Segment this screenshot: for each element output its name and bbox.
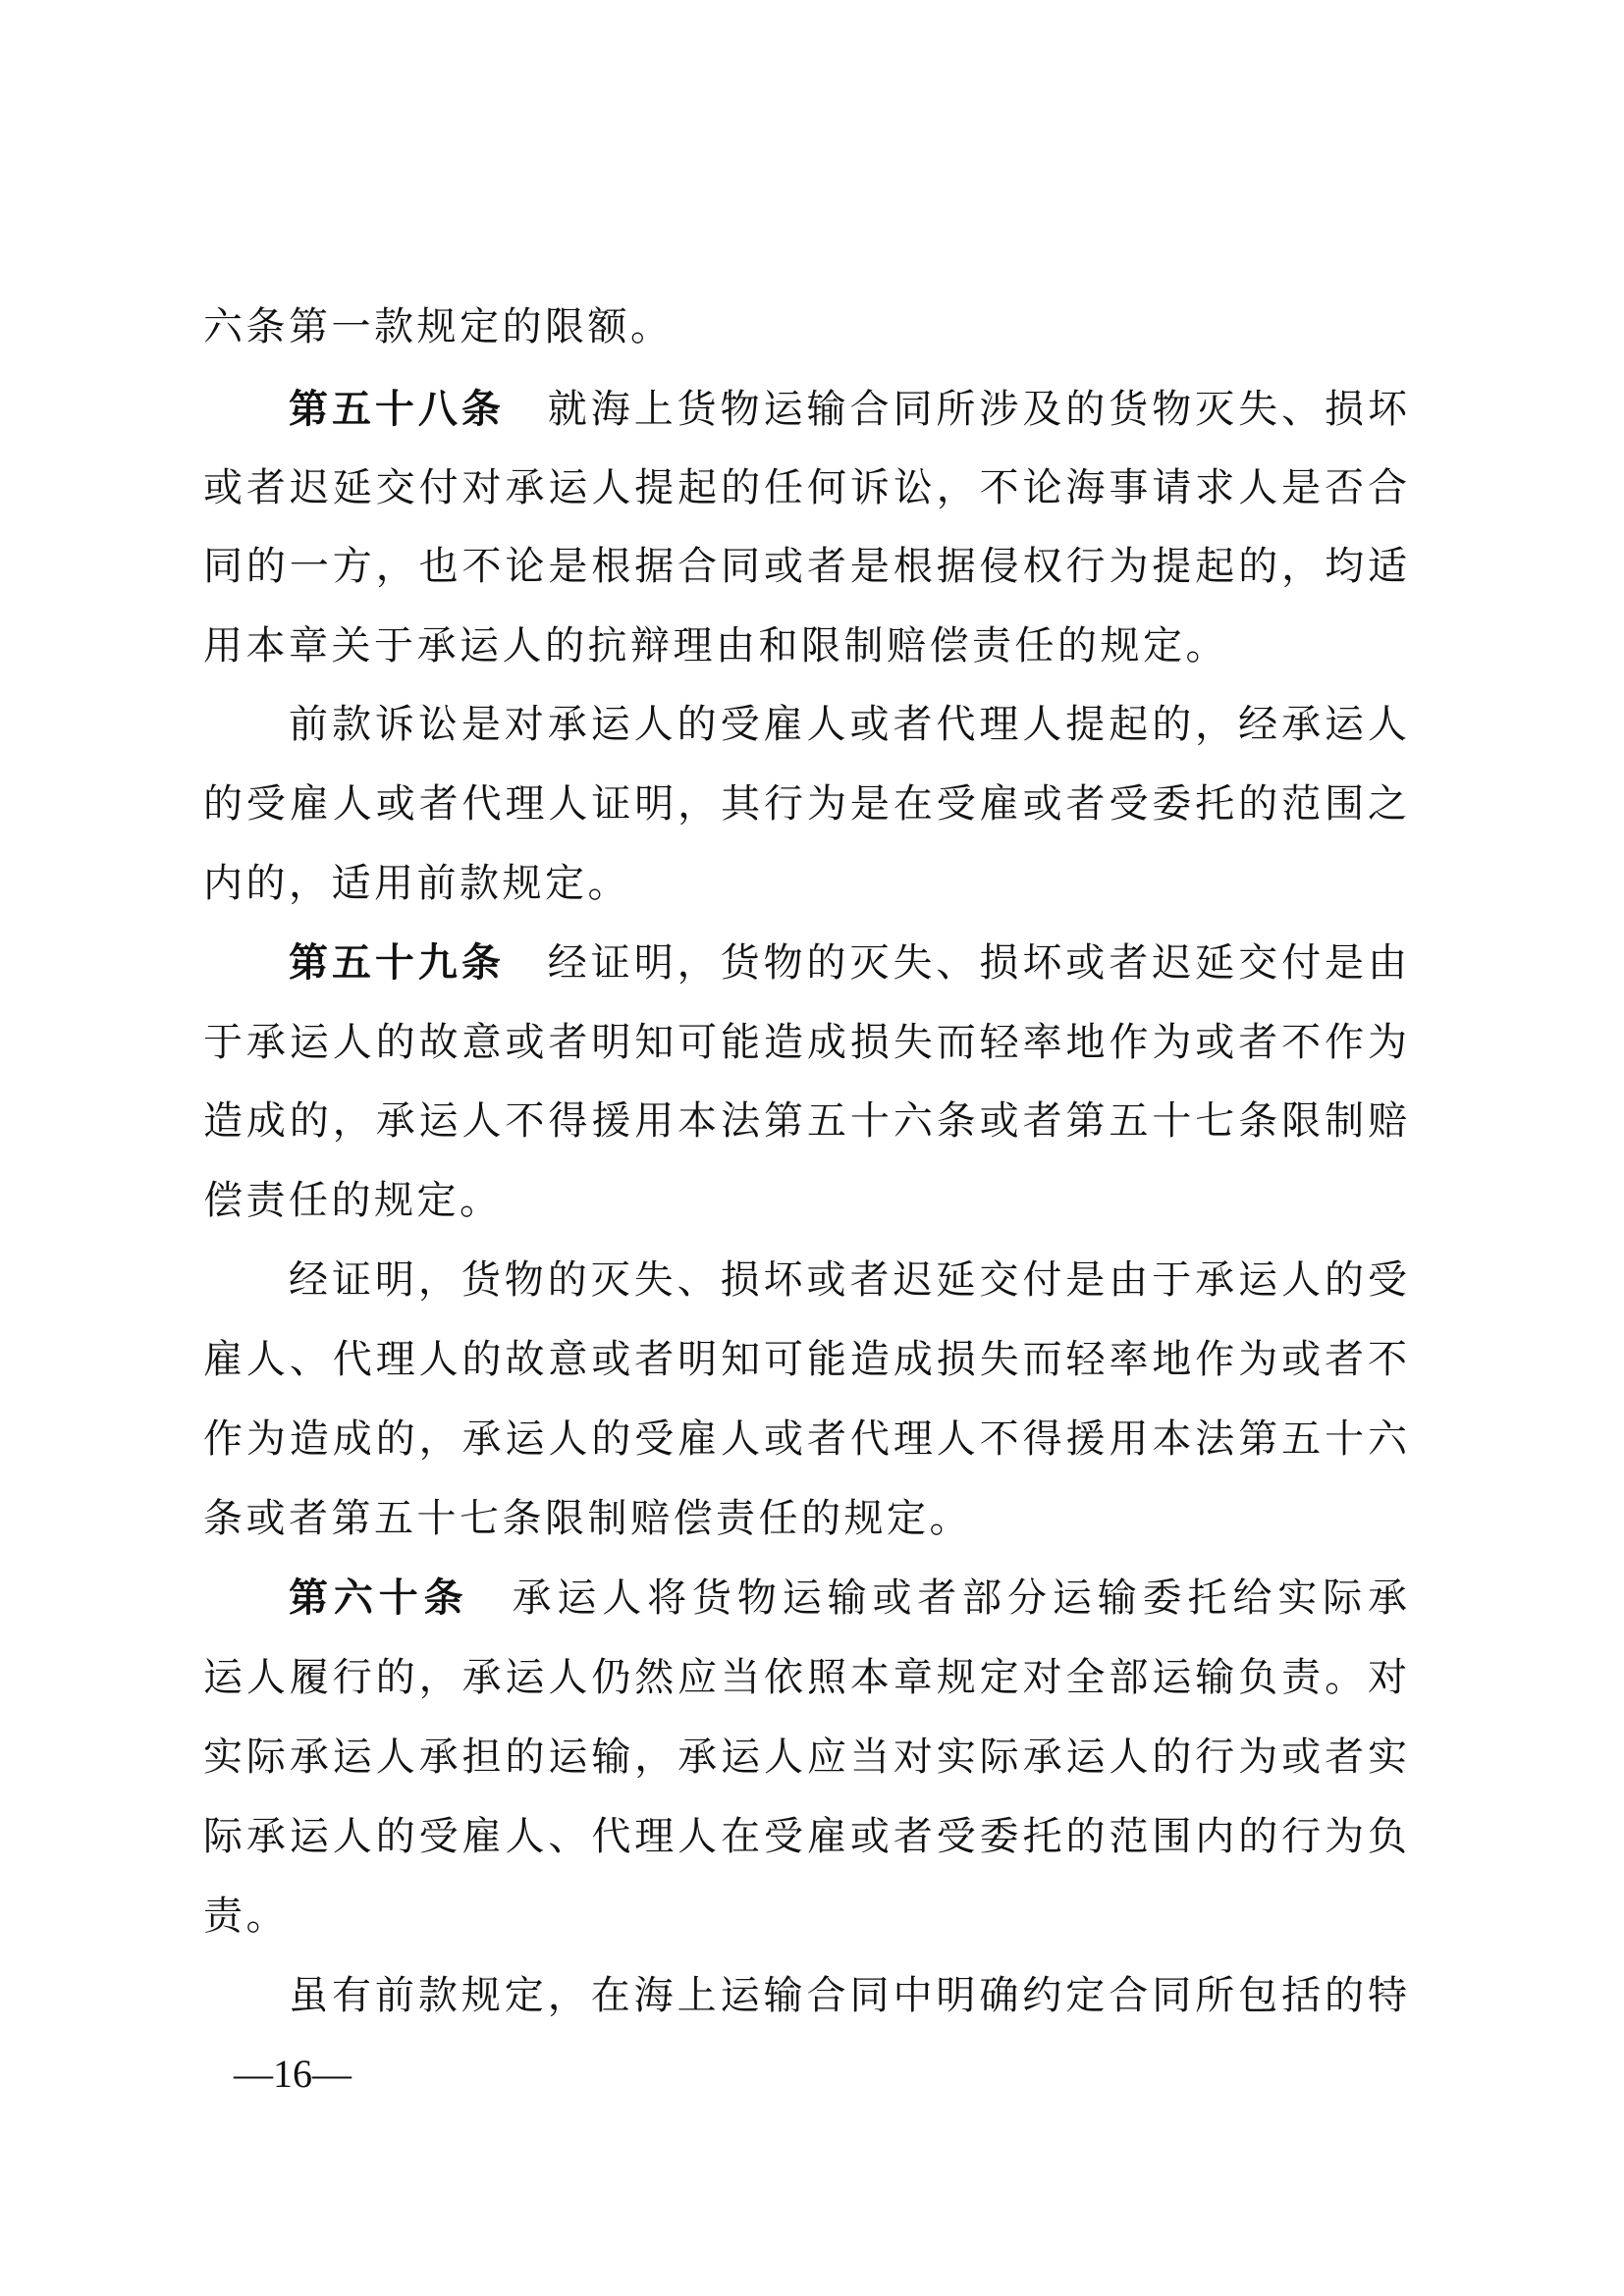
line-text: 内的，适用前款规定。: [203, 861, 630, 906]
line-text: 经证明，货物的灭失、损坏或者迟延交付是由: [548, 940, 1407, 986]
text-line: 于承运人的故意或者明知可能造成损失而轻率地作为或者不作为: [203, 1013, 1407, 1072]
line-text: 于承运人的故意或者明知可能造成损失而轻率地作为或者不作为: [203, 1020, 1407, 1065]
text-line: 偿责任的规定。: [203, 1171, 1407, 1230]
page-number: —16—: [234, 2050, 352, 2099]
text-line: 际承运人的受雇人、代理人在受雇或者受委托的范围内的行为负: [203, 1807, 1407, 1866]
line-text: 虽有前款规定，在海上运输合同中明确约定合同所包括的特: [289, 1973, 1407, 2018]
line-text: 运人履行的，承运人仍然应当依照本章规定对全部运输负责。对: [203, 1655, 1407, 1700]
line-text: 造成的，承运人不得援用本法第五十六条或者第五十七条限制赔: [203, 1098, 1407, 1144]
line-text: 或者迟延交付对承运人提起的任何诉讼，不论海事请求人是否合: [203, 465, 1407, 510]
text-line: 造成的，承运人不得援用本法第五十六条或者第五十七条限制赔: [203, 1092, 1407, 1150]
article-title: 第五十九条: [289, 940, 505, 986]
line-text: 雇人、代理人的故意或者明知可能造成损失而轻率地作为或者不: [203, 1337, 1407, 1382]
line-text: 条或者第五十七条限制赔偿责任的规定。: [203, 1496, 972, 1541]
line-text: 用本章关于承运人的抗辩理由和限制赔偿责任的规定。: [203, 623, 1228, 668]
article-59-heading-line: 第五十九条经证明，货物的灭失、损坏或者迟延交付是由: [289, 934, 1407, 992]
text-line: 运人履行的，承运人仍然应当依照本章规定对全部运输负责。对: [203, 1648, 1407, 1707]
line-text: 承运人将货物运输或者部分运输委托给实际承: [512, 1575, 1407, 1621]
text-line: 的受雇人或者代理人证明，其行为是在受雇或者受委托的范围之: [203, 774, 1407, 833]
line-text: 作为造成的，承运人的受雇人或者代理人不得援用本法第五十六: [203, 1416, 1407, 1462]
text-line: 责。: [203, 1887, 1407, 1946]
line-text: 的受雇人或者代理人证明，其行为是在受雇或者受委托的范围之: [203, 781, 1407, 827]
line-text: 前款诉讼是对承运人的受雇人或者代理人提起的，经承运人: [289, 702, 1407, 747]
text-line: 虽有前款规定，在海上运输合同中明确约定合同所包括的特: [289, 1966, 1407, 2025]
text-line: 六条第一款规定的限额。: [203, 297, 1407, 356]
line-text: 同的一方，也不论是根据合同或者是根据侵权行为提起的，均适: [203, 544, 1407, 589]
text-line: 经证明，货物的灭失、损坏或者迟延交付是由于承运人的受: [289, 1251, 1407, 1309]
line-text: 际承运人的受雇人、代理人在受雇或者受委托的范围内的行为负: [203, 1814, 1407, 1859]
document-page: 六条第一款规定的限额。 第五十八条就海上货物运输合同所涉及的货物灭失、损坏 或者…: [0, 0, 1624, 2296]
line-text: 经证明，货物的灭失、损坏或者迟延交付是由于承运人的受: [289, 1257, 1407, 1303]
line-text: 就海上货物运输合同所涉及的货物灭失、损坏: [548, 387, 1407, 432]
text-line: 内的，适用前款规定。: [203, 854, 1407, 913]
article-title: 第六十条: [289, 1575, 468, 1621]
text-line: 用本章关于承运人的抗辩理由和限制赔偿责任的规定。: [203, 616, 1407, 675]
text-line: 条或者第五十七条限制赔偿责任的规定。: [203, 1489, 1407, 1548]
article-58-heading-line: 第五十八条就海上货物运输合同所涉及的货物灭失、损坏: [289, 380, 1407, 439]
line-text: 六条第一款规定的限额。: [203, 304, 674, 349]
line-text: 责。: [203, 1894, 289, 1939]
article-60-heading-line: 第六十条承运人将货物运输或者部分运输委托给实际承: [289, 1569, 1407, 1628]
line-text: 实际承运人承担的运输，承运人应当对实际承运人的行为或者实: [203, 1735, 1407, 1780]
text-line: 作为造成的，承运人的受雇人或者代理人不得援用本法第五十六: [203, 1410, 1407, 1468]
text-line: 实际承运人承担的运输，承运人应当对实际承运人的行为或者实: [203, 1728, 1407, 1787]
article-title: 第五十八条: [289, 387, 505, 432]
line-text: 偿责任的规定。: [203, 1178, 503, 1223]
text-line: 同的一方，也不论是根据合同或者是根据侵权行为提起的，均适: [203, 537, 1407, 596]
text-line: 或者迟延交付对承运人提起的任何诉讼，不论海事请求人是否合: [203, 458, 1407, 517]
text-line: 前款诉讼是对承运人的受雇人或者代理人提起的，经承运人: [289, 695, 1407, 754]
text-line: 雇人、代理人的故意或者明知可能造成损失而轻率地作为或者不: [203, 1330, 1407, 1389]
